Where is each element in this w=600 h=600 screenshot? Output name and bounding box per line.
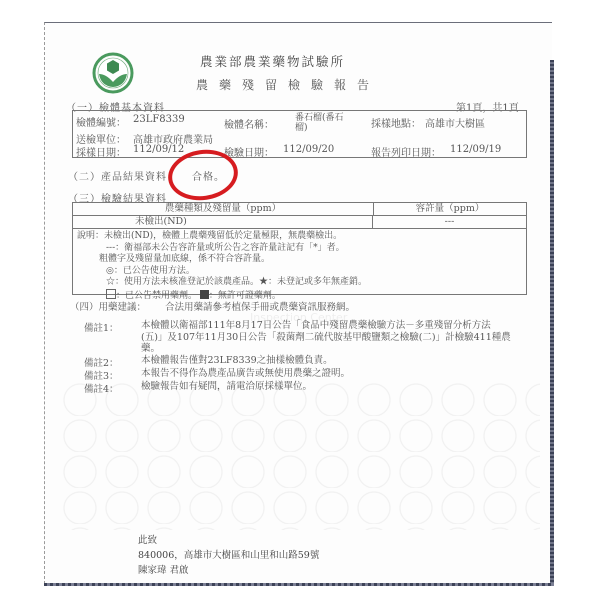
sample-no-label: 檢體編號： [76, 114, 126, 129]
results-table: 農藥種類及殘留量（ppm） 容許量（ppm） 未檢出(ND) --- 說明：未檢… [72, 202, 527, 295]
sample-name-label: 檢體名稱： [224, 116, 274, 131]
note-line: ☆：使用方法未核准登記於該農產品。★：未登記或多年無產銷。 [77, 277, 522, 289]
sampling-date: 112/09/12 [133, 144, 184, 155]
section4: （四）用藥建議： 合法用藥請參考植保手冊或農藥資訊服務網。 [70, 299, 355, 313]
table-notes: 說明：未檢出(ND)，檢體上農藥殘留低於定量極限，無農藥檢出。 ---：衛福部未… [73, 229, 526, 294]
remark-text: 本檢體報告僅對23LF8339之抽樣檢體負責。 [141, 355, 511, 367]
column-header-tolerance: 容許量（ppm） [374, 203, 526, 215]
residue-cell: 未檢出(ND) [73, 216, 373, 228]
agency-logo-icon [84, 52, 142, 94]
inspection-date-label: 檢驗日期： [224, 144, 274, 159]
section2-heading: （二）產品結果資料： [68, 168, 178, 183]
paper-shadow-right [550, 60, 554, 586]
table-row: 未檢出(ND) --- [73, 216, 526, 229]
sample-no: 23LF8339 [133, 114, 185, 125]
paper-shadow-bottom [44, 583, 554, 586]
inspection-date: 112/09/20 [283, 144, 334, 155]
remark-text: 本檢體以衛福部111年8月17日公告「食品中殘留農藥檢驗方法－多重殘留分析方法(… [141, 320, 511, 355]
column-header-residue: 農藥種類及殘留量（ppm） [73, 203, 374, 215]
notes-label: 說明： [77, 231, 104, 241]
note-line: ◎：已公告使用方法。 [77, 266, 522, 278]
note-line: 未檢出(ND)，檢體上農藥殘留低於定量極限，無農藥檢出。 [104, 231, 342, 241]
table-header-row: 農藥種類及殘留量（ppm） 容許量（ppm） [73, 203, 526, 216]
sample-name: 番石榴(番石榴) [295, 113, 353, 133]
report-title: 農藥殘留檢驗報告 [196, 76, 380, 93]
unlicensed-pesticide-square-icon [200, 290, 209, 299]
banned-pesticide-square-icon [106, 289, 116, 299]
sampling-date-label: 採樣日期： [76, 144, 126, 159]
sampling-location-label: 採樣地點： [371, 115, 421, 130]
hexagon-watermark [60, 380, 540, 530]
sampling-location: 高雄市大樹區 [425, 115, 485, 130]
note-line: 粗體字及殘留量加底線，係不符合容許量。 [77, 254, 522, 266]
organization-name: 農業部農業藥物試驗所 [200, 52, 345, 70]
section4-heading: （四）用藥建議： [70, 302, 146, 313]
remark-label: 備註2： [84, 355, 141, 369]
note-line: ---：衛福部未公告容許量或所公告之容許量註記有「*」者。 [77, 243, 522, 255]
sample-info-box: 檢體編號： 23LF8339 檢體名稱： 番石榴(番石榴) 採樣地點： 高雄市大… [72, 110, 527, 158]
remark-2: 備註2：本檢體報告僅對23LF8339之抽樣檢體負責。 [84, 355, 511, 369]
usage-advice: 合法用藥請參考植保手冊或農藥資訊服務網。 [165, 302, 355, 313]
recipient-address: 840006，高雄市大樹區和山里和山路59號 [138, 547, 319, 561]
recipient-name: 陳家瑋 君啟 [138, 562, 189, 576]
remark-label: 備註1： [84, 320, 141, 334]
remark-text: 本報告不得作為農產品廣告或無使用農藥之證明。 [141, 368, 511, 380]
print-date-label: 報告列印日期： [371, 144, 441, 159]
print-date: 112/09/19 [450, 144, 501, 155]
tolerance-cell: --- [373, 216, 526, 228]
closing-salutation: 此致 [138, 532, 157, 546]
remark-1: 備註1：本檢體以衛福部111年8月17日公告「食品中殘留農藥檢驗方法－多重殘留分… [84, 320, 511, 355]
